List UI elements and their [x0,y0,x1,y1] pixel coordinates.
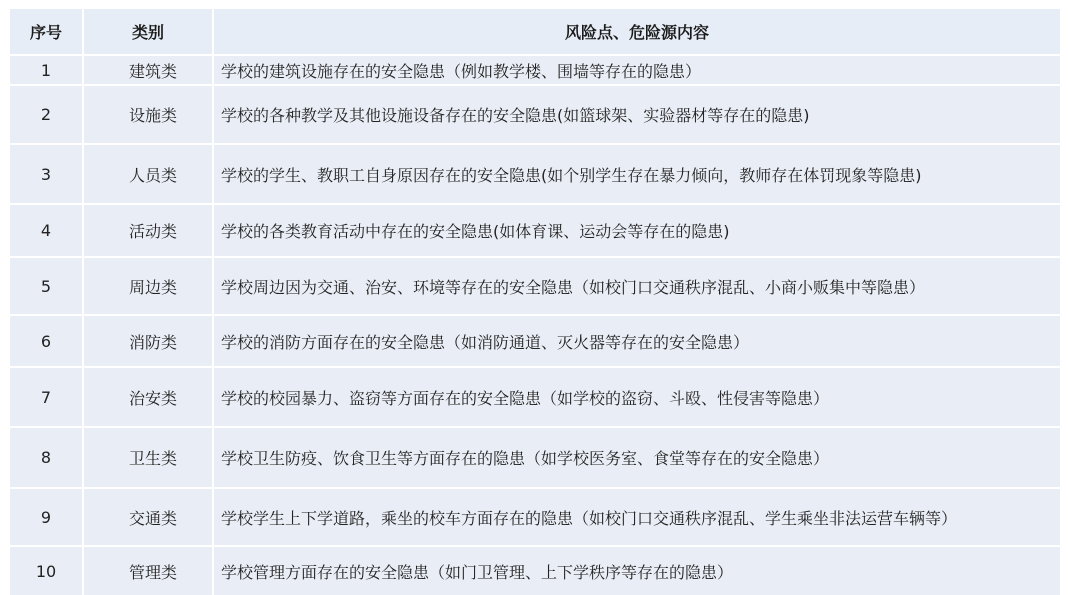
row-content: 学校卫生防疫、饮食卫生等方面存在的隐患（如学校医务室、食堂等存在的安全隐患） [213,427,1061,488]
row-num: 1 [9,55,83,85]
header-content: 风险点、危险源内容 [213,8,1061,55]
row-content: 学校的校园暴力、盗窃等方面存在的安全隐患（如学校的盗窃、斗殴、性侵害等隐患） [213,367,1061,427]
row-content: 学校的消防方面存在的安全隐患（如消防通道、灭火器等存在的安全隐患） [213,315,1061,367]
header-category: 类别 [83,8,213,55]
row-category: 消防类 [83,315,213,367]
row-content: 学校周边因为交通、治安、环境等存在的安全隐患（如校门口交通秩序混乱、小商小贩集中… [213,257,1061,315]
row-category: 交通类 [83,488,213,546]
table-row: 6 消防类 学校的消防方面存在的安全隐患（如消防通道、灭火器等存在的安全隐患） [9,315,1061,367]
table-row: 10 管理类 学校管理方面存在的安全隐患（如门卫管理、上下学秩序等存在的隐患） [9,546,1061,595]
row-content: 学校的各种教学及其他设施设备存在的安全隐患(如篮球架、实验器材等存在的隐患) [213,85,1061,144]
row-content: 学校的建筑设施存在的安全隐患（例如教学楼、围墙等存在的隐患） [213,55,1061,85]
row-content: 学校学生上下学道路，乘坐的校车方面存在的隐患（如校门口交通秩序混乱、学生乘坐非法… [213,488,1061,546]
row-num: 10 [9,546,83,595]
table-header-row: 序号 类别 风险点、危险源内容 [9,8,1061,55]
row-category: 活动类 [83,204,213,257]
table-row: 9 交通类 学校学生上下学道路，乘坐的校车方面存在的隐患（如校门口交通秩序混乱、… [9,488,1061,546]
row-category: 治安类 [83,367,213,427]
table-row: 8 卫生类 学校卫生防疫、饮食卫生等方面存在的隐患（如学校医务室、食堂等存在的安… [9,427,1061,488]
row-num: 7 [9,367,83,427]
row-category: 建筑类 [83,55,213,85]
row-num: 4 [9,204,83,257]
row-category: 设施类 [83,85,213,144]
row-num: 9 [9,488,83,546]
table-row: 2 设施类 学校的各种教学及其他设施设备存在的安全隐患(如篮球架、实验器材等存在… [9,85,1061,144]
row-category: 管理类 [83,546,213,595]
row-num: 8 [9,427,83,488]
table-row: 5 周边类 学校周边因为交通、治安、环境等存在的安全隐患（如校门口交通秩序混乱、… [9,257,1061,315]
row-content: 学校管理方面存在的安全隐患（如门卫管理、上下学秩序等存在的隐患） [213,546,1061,595]
table-row: 3 人员类 学校的学生、教职工自身原因存在的安全隐患(如个别学生存在暴力倾向，教… [9,144,1061,204]
risk-sources-table: 序号 类别 风险点、危险源内容 1 建筑类 学校的建筑设施存在的安全隐患（例如教… [8,7,1062,595]
row-category: 人员类 [83,144,213,204]
row-num: 6 [9,315,83,367]
row-num: 2 [9,85,83,144]
table-row: 1 建筑类 学校的建筑设施存在的安全隐患（例如教学楼、围墙等存在的隐患） [9,55,1061,85]
row-category: 卫生类 [83,427,213,488]
row-num: 3 [9,144,83,204]
header-num: 序号 [9,8,83,55]
row-content: 学校的学生、教职工自身原因存在的安全隐患(如个别学生存在暴力倾向，教师存在体罚现… [213,144,1061,204]
row-category: 周边类 [83,257,213,315]
row-num: 5 [9,257,83,315]
table-row: 7 治安类 学校的校园暴力、盗窃等方面存在的安全隐患（如学校的盗窃、斗殴、性侵害… [9,367,1061,427]
row-content: 学校的各类教育活动中存在的安全隐患(如体育课、运动会等存在的隐患) [213,204,1061,257]
table-row: 4 活动类 学校的各类教育活动中存在的安全隐患(如体育课、运动会等存在的隐患) [9,204,1061,257]
risk-table-container: 序号 类别 风险点、危险源内容 1 建筑类 学校的建筑设施存在的安全隐患（例如教… [8,7,1062,595]
